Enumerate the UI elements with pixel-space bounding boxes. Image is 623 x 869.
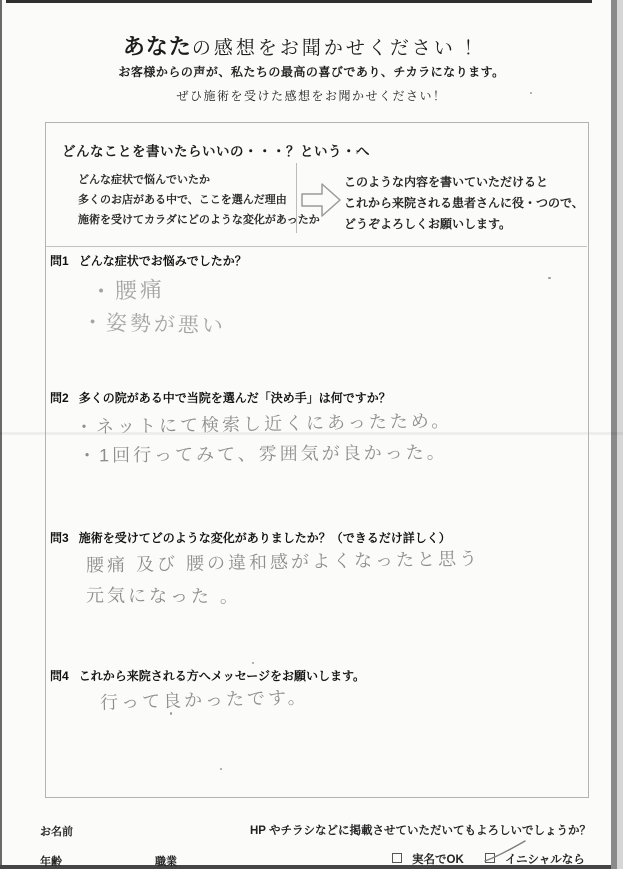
question-2-title: 問2多くの院がある中で当院を選んだ「決め手」は何ですか？ [50, 389, 391, 406]
guide-right-line-1: このような内容を書いていただけると [344, 172, 548, 193]
age-label: 年齢 [40, 853, 62, 869]
right-arrow-icon [300, 178, 342, 222]
question-3-answer-2: 元気になった 。 [86, 581, 241, 608]
page-title: あなたの感想をお聞かせください ！ [123, 30, 486, 61]
question-1-answer-1: ・腰痛 [89, 273, 165, 307]
question-3-title: 問3施術を受けてどのような変化がありましたか？（できるだけ詳しく） [50, 529, 451, 546]
question-2-text: 多くの院がある中で当院を選んだ「決め手」は何ですか？ [79, 391, 391, 405]
question-4-label: 問4 [50, 669, 69, 683]
question-1-title: 問1どんな症状でお悩みでしたか？ [50, 252, 247, 269]
name-label: お名前 [40, 823, 73, 839]
guide-right-line-3: どうぞよろしくお願いします。 [344, 214, 511, 235]
realname-option-label: 実名でOK [412, 851, 464, 867]
subtitle-line-1: お客様からの声が、私たちの最高の喜びであり、チカラになります。 [118, 63, 504, 80]
question-1-answer-2: ・姿勢が悪い [82, 306, 227, 340]
guide-left-item-2: 多くのお店がある中で、ここを選んだ理由 [78, 190, 287, 210]
guide-divider [296, 163, 297, 233]
scan-noise-speck [530, 92, 532, 94]
page-title-rest: の感想をお聞かせください ！ [192, 38, 486, 59]
question-1-text: どんな症状でお悩みでしたか？ [79, 254, 247, 268]
question-4-text: これから来院される方へメッセージをお願いします。 [79, 669, 365, 683]
initial-option-label: イニシャルなら [505, 851, 585, 867]
scan-edge-top [6, 0, 592, 3]
question-2-answer-2: ・1回行ってみて、雰囲気が良かった。 [78, 438, 448, 467]
scanned-feedback-form: あなたの感想をお聞かせください ！ お客様からの声が、私たちの最高の喜びであり、… [0, 0, 623, 869]
guide-separator-line [46, 246, 587, 247]
publish-question: HP やチラシなどに掲載させていただいてもよろしいでしょうか？ [250, 822, 591, 838]
question-4-answer-1: 行って良かったです。 [100, 683, 309, 714]
guide-left-item-1: どんな症状で悩んでいたか [78, 170, 210, 190]
question-1-label: 問1 [50, 254, 69, 268]
realname-checkbox-icon [392, 853, 402, 863]
subtitle-line-2: ぜひ施術を受けた感想をお聞かせください！ [176, 87, 446, 104]
guide-right-line-2: これから来院される患者さんに役・つので、 [344, 193, 584, 214]
page-title-emphasis: あなた [123, 34, 192, 59]
question-2-label: 問2 [50, 391, 69, 405]
question-4-title: 問4これから来院される方へメッセージをお願いします。 [50, 667, 365, 684]
guide-left-item-3: 施術を受けてカラダにどのような変化があったか [78, 210, 320, 230]
occupation-label: 職業 [155, 853, 177, 869]
question-3-text: 施術を受けてどのような変化がありましたか？（できるだけ詳しく） [79, 531, 451, 545]
question-3-label: 問3 [50, 531, 69, 545]
guide-heading: どんなことを書いたらいいの・・・？という・へ [62, 140, 370, 160]
